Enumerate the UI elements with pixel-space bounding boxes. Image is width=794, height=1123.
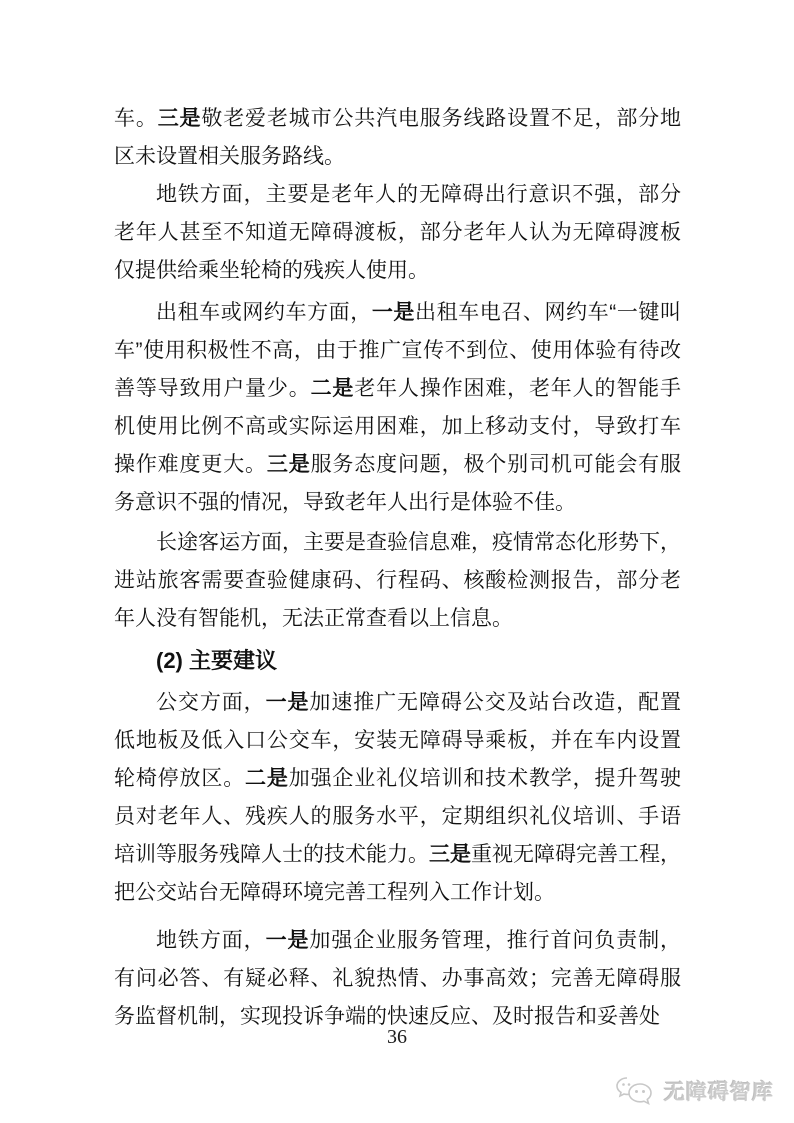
- section-heading: (2) 主要建议: [114, 642, 681, 680]
- text-line: 地铁方面，一是加强企业服务管理，推行首问负责制，: [114, 922, 681, 960]
- paragraph: 车。三是敬老爱老城市公共汽电服务线路设置不足，部分地区未设置相关服务路线。: [114, 100, 681, 176]
- paragraph: 出租车或网约车方面，一是出租车电召、网约车“一键叫车”使用积极性不高，由于推广宣…: [114, 294, 681, 522]
- chat-bubbles-logo: [613, 1075, 657, 1107]
- watermark-text: 无障碍智库: [664, 1076, 774, 1106]
- text-line: 进站旅客需要查验健康码、行程码、核酸检测报告，部分老: [114, 562, 681, 600]
- paragraph: 公交方面，一是加速推广无障碍公交及站台改造，配置低地板及低入口公交车，安装无障碍…: [114, 684, 681, 912]
- text-line: 车”使用积极性不高，由于推广宣传不到位、使用体验有待改: [114, 332, 681, 370]
- page-number: 36: [0, 1026, 794, 1049]
- paragraph: 地铁方面，一是加强企业服务管理，推行首问负责制，有问必答、有疑必释、礼貌热情、办…: [114, 922, 681, 1036]
- text-line: 低地板及低入口公交车，安装无障碍导乘板，并在车内设置: [114, 722, 681, 760]
- text-line: 年人没有智能机，无法正常查看以上信息。: [114, 600, 681, 638]
- text-line: (2) 主要建议: [114, 642, 681, 680]
- paragraph: 长途客运方面，主要是查验信息难，疫情常态化形势下，进站旅客需要查验健康码、行程码…: [114, 524, 681, 638]
- text-line: 把公交站台无障碍环境完善工程列入工作计划。: [114, 874, 681, 912]
- text-line: 操作难度更大。三是服务态度问题，极个别司机可能会有服: [114, 446, 681, 484]
- text-block: 车。三是敬老爱老城市公共汽电服务线路设置不足，部分地区未设置相关服务路线。地铁方…: [114, 100, 681, 1036]
- text-line: 员对老年人、残疾人的服务水平，定期组织礼仪培训、手语: [114, 798, 681, 836]
- text-line: 公交方面，一是加速推广无障碍公交及站台改造，配置: [114, 684, 681, 722]
- text-line: 车。三是敬老爱老城市公共汽电服务线路设置不足，部分地: [114, 100, 681, 138]
- text-line: 仅提供给乘坐轮椅的残疾人使用。: [114, 252, 681, 290]
- text-line: 区未设置相关服务路线。: [114, 138, 681, 176]
- text-line: 出租车或网约车方面，一是出租车电召、网约车“一键叫: [114, 294, 681, 332]
- text-line: 老年人甚至不知道无障碍渡板，部分老年人认为无障碍渡板: [114, 214, 681, 252]
- text-line: 轮椅停放区。二是加强企业礼仪培训和技术教学，提升驾驶: [114, 760, 681, 798]
- text-line: 有问必答、有疑必释、礼貌热情、办事高效；完善无障碍服: [114, 960, 681, 998]
- document-page: 车。三是敬老爱老城市公共汽电服务线路设置不足，部分地区未设置相关服务路线。地铁方…: [0, 0, 794, 1123]
- text-line: 长途客运方面，主要是查验信息难，疫情常态化形势下，: [114, 524, 681, 562]
- text-line: 培训等服务残障人士的技术能力。三是重视无障碍完善工程，: [114, 836, 681, 874]
- text-line: 机使用比例不高或实际运用困难，加上移动支付，导致打车: [114, 408, 681, 446]
- text-line: 善等导致用户量少。二是老年人操作困难，老年人的智能手: [114, 370, 681, 408]
- watermark: 无障碍智库: [613, 1075, 774, 1107]
- text-line: 务意识不强的情况，导致老年人出行是体验不佳。: [114, 484, 681, 522]
- paragraph: 地铁方面，主要是老年人的无障碍出行意识不强，部分老年人甚至不知道无障碍渡板，部分…: [114, 176, 681, 290]
- text-line: 地铁方面，主要是老年人的无障碍出行意识不强，部分: [114, 176, 681, 214]
